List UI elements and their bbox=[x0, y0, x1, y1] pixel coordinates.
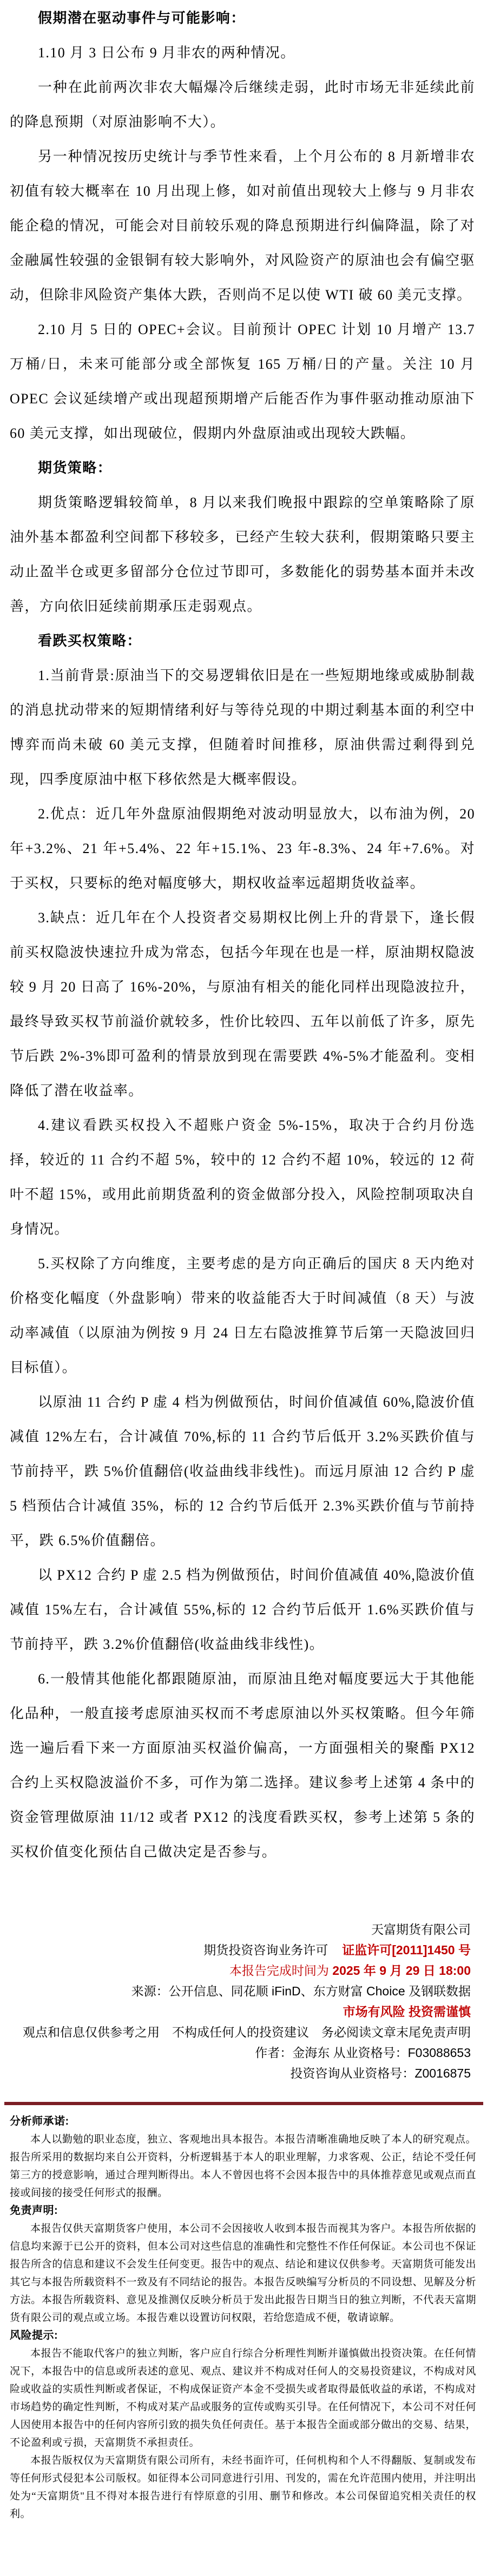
body-paragraph: 1.当前背景:原油当下的交易逻辑依旧是在一些短期地缘或威胁制裁的消息扰动带来的短… bbox=[10, 658, 475, 797]
disclaimer-paragraph: 本报告仅供天富期货客户使用，本公司不会因接收人收到本报告而视其为客户。本报告所依… bbox=[10, 2220, 476, 2327]
license-number: 证监许可[2011]1450 号 bbox=[342, 1943, 471, 1957]
body-paragraph: 以原油 11 合约 P 虚 4 档为例做预估，时间价值减值 60%,隐波价值减值… bbox=[10, 1385, 475, 1558]
body-paragraph: 一种在此前两次非农大幅爆冷后继续走弱，此时市场无非延续此前的降息预期（对原油影响… bbox=[10, 70, 475, 139]
author-line: 作者：金海东 从业资格号：F03088653 bbox=[0, 2042, 471, 2063]
disclaimer-paragraph: 本人以勤勉的职业态度，独立、客观地出具本报告。本报告清晰准确地反映了本人的研究观… bbox=[10, 2131, 476, 2202]
body-paragraph: 4.建议看跌买权投入不超账户资金 5%-15%，取决于合约月份选择，较近的 11… bbox=[10, 1108, 475, 1247]
body-paragraph: 2.10 月 5 日的 OPEC+会议。目前预计 OPEC 计划 10 月增产 … bbox=[10, 312, 475, 451]
disclaimer-section: 分析师承诺:本人以勤勉的职业态度，独立、客观地出具本报告。本报告清晰准确地反映了… bbox=[0, 2105, 487, 2527]
company-name: 天富期货有限公司 bbox=[0, 1919, 471, 1940]
body-paragraph: 假期潜在驱动事件与可能影响： bbox=[10, 1, 475, 36]
body-paragraph: 期货策略： bbox=[10, 451, 475, 485]
report-page: 假期潜在驱动事件与可能影响：1.10 月 3 日公布 9 月非农的两种情况。一种… bbox=[0, 0, 487, 2527]
disclaimer-paragraph: 分析师承诺: bbox=[10, 2113, 476, 2131]
source-line: 来源：公开信息、同花顺 iFinD、东方财富 Choice 及钢联数据 bbox=[0, 1981, 471, 2001]
report-time-line: 本报告完成时间为 2025 年 9 月 29 日 18:00 bbox=[0, 1960, 471, 1981]
license-label: 期货投资咨询业务许可 bbox=[203, 1943, 328, 1957]
body-paragraph: 以 PX12 合约 P 虚 2.5 档为例做预估，时间价值减值 40%,隐波价值… bbox=[10, 1558, 475, 1662]
body-paragraph: 另一种情况按历史统计与季节性来看，上个月公布的 8 月新增非农初值有较大概率在 … bbox=[10, 139, 475, 312]
advisor-number-line: 投资咨询从业资格号：Z0016875 bbox=[0, 2063, 471, 2084]
license-line: 期货投资咨询业务许可证监许可[2011]1450 号 bbox=[0, 1940, 471, 1960]
disclaimer-paragraph: 本报告不能取代客户的独立判断，客户应自行综合分析理性判断并谨慎做出投资决策。在任… bbox=[10, 2345, 476, 2452]
notice-line: 观点和信息仅供参考之用 不构成任何人的投资建议 务必阅读文章末尾免责声明 bbox=[0, 2022, 471, 2042]
disclaimer-paragraph: 免责声明: bbox=[10, 2202, 476, 2220]
report-time-label: 本报告完成时间为 bbox=[229, 1963, 332, 1978]
risk-warning: 市场有风险 投资需谨慎 bbox=[0, 2001, 471, 2022]
report-time-value: 2025 年 9 月 29 日 18:00 bbox=[332, 1963, 471, 1978]
disclaimer-paragraph: 本报告版权仅为天富期货有限公司所有，未经书面许可，任何机构和个人不得翻版、复制或… bbox=[10, 2452, 476, 2523]
body-paragraph: 3.缺点：近几年在个人投资者交易期权比例上升的背景下，逢长假前买权隐波快速拉升成… bbox=[10, 901, 475, 1108]
body-paragraph: 2.优点：近几年外盘原油假期绝对波动明显放大，以布油为例，20 年+3.2%、2… bbox=[10, 797, 475, 901]
report-footer: 天富期货有限公司 期货投资咨询业务许可证监许可[2011]1450 号 本报告完… bbox=[0, 1919, 487, 2084]
body-paragraph: 5.买权除了方向维度，主要考虑的是方向正确后的国庆 8 天内绝对价格变化幅度（外… bbox=[10, 1247, 475, 1385]
report-body: 假期潜在驱动事件与可能影响：1.10 月 3 日公布 9 月非农的两种情况。一种… bbox=[0, 0, 487, 1869]
body-paragraph: 1.10 月 3 日公布 9 月非农的两种情况。 bbox=[10, 36, 475, 70]
body-paragraph: 期货策略逻辑较简单，8 月以来我们晚报中跟踪的空单策略除了原油外基本都盈利空间都… bbox=[10, 485, 475, 624]
body-paragraph: 6.一般情其他能化都跟随原油，而原油且绝对幅度要远大于其他能化品种，一般直接考虑… bbox=[10, 1662, 475, 1869]
body-paragraph: 看跌买权策略： bbox=[10, 624, 475, 658]
disclaimer-paragraph: 风险提示: bbox=[10, 2327, 476, 2345]
